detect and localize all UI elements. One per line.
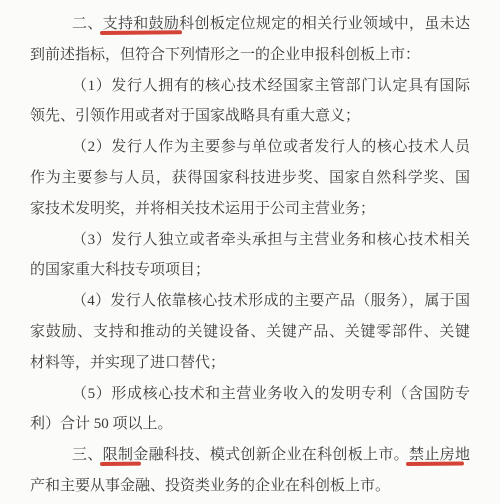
- document-page: 二、支持和鼓励科创板定位规定的相关行业领域中，虽未达到前述指标，但符合下列情形之…: [0, 0, 500, 504]
- text-segment: 利）合计 50 项以上。: [30, 416, 173, 432]
- text-segment: 金融科技、模式创新企业在科创板上市。: [133, 447, 409, 463]
- text-line: 三、限制金融科技、模式创新企业在科创板上市。禁止房地: [30, 440, 470, 471]
- text-segment: 材料等，并实现了进口替代；: [30, 355, 225, 371]
- text-segment: 二、: [72, 16, 103, 32]
- text-line: （3）发行人独立或者牵头承担与主营业务和核心技术相关: [30, 225, 470, 256]
- document-body: 二、支持和鼓励科创板定位规定的相关行业领域中，虽未达到前述指标，但符合下列情形之…: [30, 9, 470, 502]
- text-line: 领先、引领作用或者对于国家战略具有重大意义；: [30, 101, 470, 132]
- text-line: 材料等，并实现了进口替代；: [30, 348, 470, 379]
- red-underline-annotation: 支持和鼓励: [103, 16, 180, 32]
- text-line: 利）合计 50 项以上。: [30, 409, 470, 440]
- text-line: （1）发行人拥有的核心技术经国家主管部门认定具有国际: [30, 71, 470, 102]
- text-line: 的国家重大科技专项项目；: [30, 255, 470, 286]
- text-line: 作为主要参与人员，获得国家科技进步奖、国家自然科学奖、国: [30, 163, 470, 194]
- text-line: 家鼓励、支持和推动的关键设备、关键产品、关键零部件、关键: [30, 317, 470, 348]
- text-segment: 家技术发明奖，并将相关技术运用于公司主营业务；: [30, 201, 375, 217]
- text-segment: 领先、引领作用或者对于国家战略具有重大意义；: [30, 108, 360, 124]
- text-segment: （2）发行人作为主要参与单位或者发行人的核心技术人员: [72, 139, 470, 155]
- text-segment: 产和主要从事金融、投资类业务的企业在科创板上市。: [30, 478, 390, 494]
- text-segment: 三、: [72, 447, 103, 463]
- text-segment: 到前述指标，但符合下列情形之一的企业申报科创板上市：: [30, 47, 420, 63]
- text-segment: （1）发行人拥有的核心技术经国家主管部门认定具有国际: [72, 78, 470, 94]
- text-segment: 的国家重大科技专项项目；: [30, 262, 210, 278]
- red-underline-annotation: 限制: [103, 447, 134, 463]
- text-line: 二、支持和鼓励科创板定位规定的相关行业领域中，虽未达: [30, 9, 470, 40]
- text-segment: 科创板定位规定的相关行业领域中，虽未达: [179, 16, 470, 32]
- text-segment: （5）形成核心技术和主营业务收入的发明专利（含国防专: [72, 386, 470, 402]
- text-segment: 作为主要参与人员，获得国家科技进步奖、国家自然科学奖、国: [30, 170, 470, 186]
- text-segment: 房地: [440, 447, 470, 463]
- red-underline-annotation: 禁止: [409, 447, 440, 463]
- text-segment: （3）发行人独立或者牵头承担与主营业务和核心技术相关: [72, 232, 470, 248]
- text-segment: 家鼓励、支持和推动的关键设备、关键产品、关键零部件、关键: [30, 324, 470, 340]
- text-line: （2）发行人作为主要参与单位或者发行人的核心技术人员: [30, 132, 470, 163]
- text-line: 家技术发明奖，并将相关技术运用于公司主营业务；: [30, 194, 470, 225]
- text-line: 产和主要从事金融、投资类业务的企业在科创板上市。: [30, 471, 470, 502]
- text-line: （5）形成核心技术和主营业务收入的发明专利（含国防专: [30, 379, 470, 410]
- text-line: 到前述指标，但符合下列情形之一的企业申报科创板上市：: [30, 40, 470, 71]
- text-segment: （4）发行人依靠核心技术形成的主要产品（服务），属于国: [72, 293, 470, 309]
- text-line: （4）发行人依靠核心技术形成的主要产品（服务），属于国: [30, 286, 470, 317]
